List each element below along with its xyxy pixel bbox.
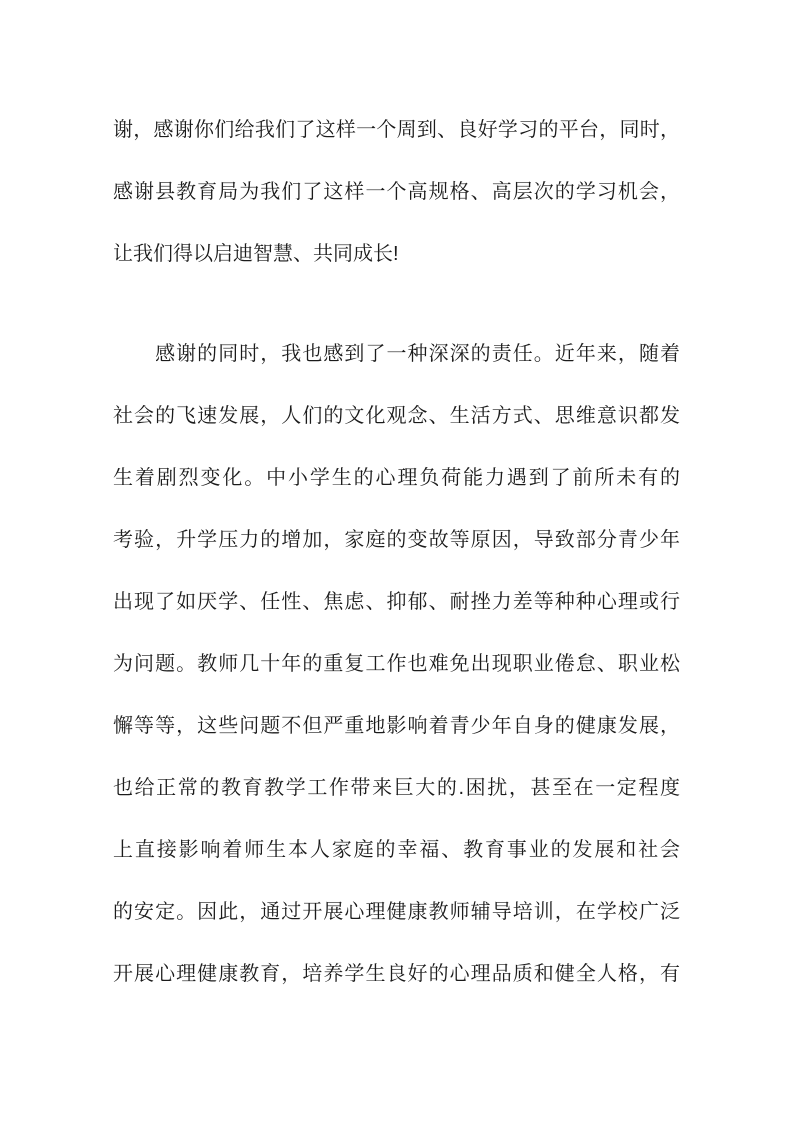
paragraph: 感谢的同时，我也感到了一种深深的责任。近年来，随着社会的飞速发展，人们的文化观念… [113, 323, 680, 1005]
document-body: 谢，感谢你们给我们了这样一个周到、良好学习的平台，同时，感谢县教育局为我们了这样… [113, 99, 680, 1005]
text-line: 懈等等，这些问题不但严重地影响着青少年自身的健康发展， [113, 695, 680, 757]
paragraph: 谢，感谢你们给我们了这样一个周到、良好学习的平台，同时，感谢县教育局为我们了这样… [113, 99, 680, 285]
text-line: 为问题。教师几十年的重复工作也难免出现职业倦怠、职业松 [113, 633, 680, 695]
text-line: 也给正常的教育教学工作带来巨大的.困扰，甚至在一定程度 [113, 757, 680, 819]
text-line: 开展心理健康教育，培养学生良好的心理品质和健全人格，有 [113, 943, 680, 1005]
text-line: 考验，升学压力的增加，家庭的变故等原因，导致部分青少年 [113, 509, 680, 571]
text-line: 感谢县教育局为我们了这样一个高规格、高层次的学习机会， [113, 161, 680, 223]
text-line: 上直接影响着师生本人家庭的幸福、教育事业的发展和社会 [113, 819, 680, 881]
text-line: 的安定。因此，通过开展心理健康教师辅导培训，在学校广泛 [113, 881, 680, 943]
text-line: 谢，感谢你们给我们了这样一个周到、良好学习的平台，同时， [113, 99, 680, 161]
text-line: 社会的飞速发展，人们的文化观念、生活方式、思维意识都发 [113, 385, 680, 447]
text-line: 出现了如厌学、任性、焦虑、抑郁、耐挫力差等种种心理或行 [113, 571, 680, 633]
document-page: 谢，感谢你们给我们了这样一个周到、良好学习的平台，同时，感谢县教育局为我们了这样… [0, 0, 793, 1122]
text-line: 感谢的同时，我也感到了一种深深的责任。近年来，随着 [113, 323, 680, 385]
text-line: 让我们得以启迪智慧、共同成长! [113, 223, 680, 285]
text-line: 生着剧烈变化。中小学生的心理负荷能力遇到了前所未有的 [113, 447, 680, 509]
